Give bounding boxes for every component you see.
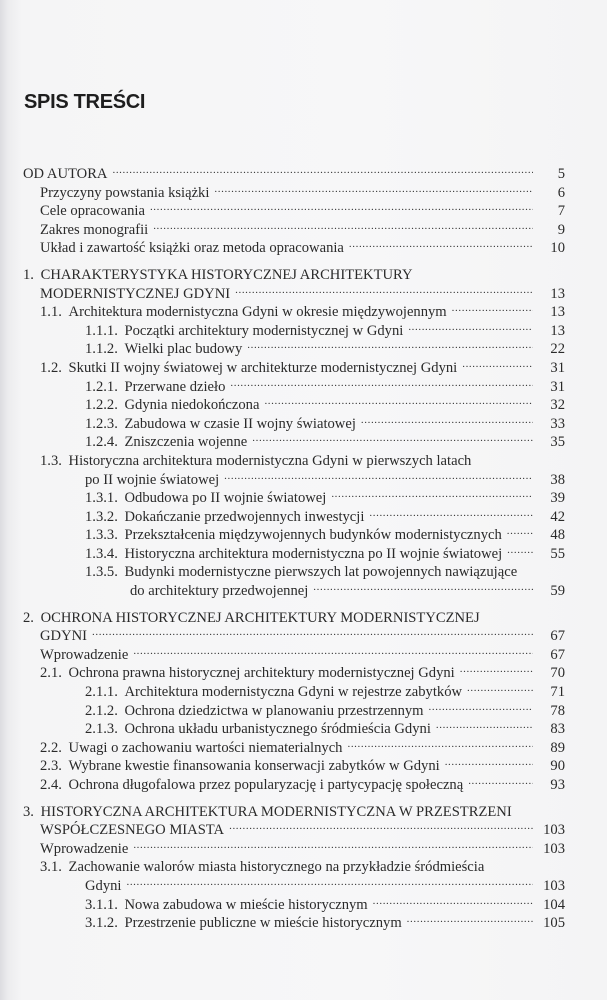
- toc-page-number: 31: [550, 359, 565, 378]
- toc-entry-number: 1.3.1.: [85, 490, 121, 506]
- dot-leader: ........................................…: [252, 429, 533, 448]
- dot-leader: ........................................…: [133, 642, 533, 661]
- toc-page-number: 71: [550, 683, 565, 702]
- page-title: SPIS TREŚCI: [24, 91, 145, 114]
- toc-entry-title: 1.1. Architektura modernistyczna Gdyni w…: [40, 303, 447, 322]
- dot-leader: ........................................…: [507, 541, 533, 560]
- toc-entry-number: 3.: [23, 804, 38, 820]
- toc-entry[interactable]: 2.4. Ochrona długofalowa przez popularyz…: [23, 776, 565, 795]
- toc-entry-title: Cele opracowania: [40, 202, 145, 221]
- toc-entry-number: 3.1.1.: [85, 897, 121, 913]
- toc-entry-title: 1.3.1. Odbudowa po II wojnie światowej: [85, 489, 326, 508]
- toc-page-number: 93: [550, 776, 565, 795]
- dot-leader: ........................................…: [247, 336, 533, 355]
- toc-page-number: 7: [558, 202, 565, 221]
- dot-leader: ........................................…: [214, 180, 533, 199]
- toc-page-number: 104: [543, 896, 565, 915]
- toc-entry-title: 2.1. Ochrona prawna historycznej archite…: [40, 664, 455, 683]
- dot-leader: ........................................…: [468, 772, 533, 791]
- dot-leader: ........................................…: [150, 198, 533, 217]
- toc-entry-title: 3.1.2. Przestrzenie publiczne w mieście …: [85, 914, 402, 933]
- toc-page-number: 5: [558, 165, 565, 184]
- toc-entry[interactable]: 1.3.4. Historyczna architektura modernis…: [23, 545, 565, 564]
- toc-page-number: 13: [550, 322, 565, 341]
- toc-entry-title: 1.2.1. Przerwane dzieło: [85, 378, 225, 397]
- table-of-contents: OD AUTORA...............................…: [23, 165, 565, 933]
- toc-entry-number: 2.: [23, 610, 38, 626]
- toc-page-number: 103: [543, 840, 565, 859]
- toc-entry[interactable]: Wprowadzenie............................…: [23, 840, 565, 859]
- toc-entry-number: 1.3.4.: [85, 546, 121, 562]
- toc-entry-title: 2.2. Uwagi o zachowaniu wartości niemate…: [40, 739, 342, 758]
- toc-page-number: 83: [550, 720, 565, 739]
- dot-leader: ........................................…: [313, 578, 533, 597]
- toc-page-number: 90: [550, 757, 565, 776]
- toc-page-number: 13: [550, 303, 565, 322]
- toc-page-number: 67: [550, 627, 565, 646]
- dot-leader: ........................................…: [467, 679, 533, 698]
- toc-page-number: 33: [550, 415, 565, 434]
- section-gap: [23, 601, 565, 609]
- toc-page-number: 103: [543, 821, 565, 840]
- dot-leader: ........................................…: [112, 161, 533, 180]
- toc-entry-number: 2.3.: [40, 758, 66, 774]
- dot-leader: ........................................…: [369, 504, 533, 523]
- toc-entry-number: 2.2.: [40, 740, 66, 756]
- toc-page-number: 10: [550, 239, 565, 258]
- toc-entry[interactable]: 1.3.3. Przekształcenia międzywojennych b…: [23, 526, 565, 545]
- toc-entry-number: 1.1.2.: [85, 341, 121, 357]
- dot-leader: ........................................…: [373, 892, 533, 911]
- toc-entry-title: OD AUTORA: [23, 165, 107, 184]
- dot-leader: ........................................…: [347, 735, 533, 754]
- toc-entry-number: 1.1.1.: [85, 323, 121, 339]
- toc-page-number: 67: [550, 646, 565, 665]
- toc-page-number: 31: [550, 378, 565, 397]
- toc-entry-number: 2.1.1.: [85, 684, 121, 700]
- toc-entry-title: 1.2.4. Zniszczenia wojenne: [85, 433, 247, 452]
- toc-entry[interactable]: 1.2.4. Zniszczenia wojenne..............…: [23, 433, 565, 452]
- toc-entry[interactable]: 1.3.2. Dokańczanie przedwojennych inwest…: [23, 508, 565, 527]
- dot-leader: ........................................…: [235, 281, 533, 300]
- toc-page-number: 22: [550, 340, 565, 359]
- dot-leader: ........................................…: [460, 660, 533, 679]
- toc-entry-number: 1.3.5.: [85, 564, 121, 580]
- toc-page-number: 9: [558, 221, 565, 240]
- toc-page-number: 55: [550, 545, 565, 564]
- toc-entry-number: 2.1.: [40, 665, 66, 681]
- toc-entry-number: 1.3.: [40, 453, 66, 469]
- dot-leader: ........................................…: [126, 873, 533, 892]
- dot-leader: ........................................…: [230, 374, 533, 393]
- dot-leader: ........................................…: [229, 817, 533, 836]
- section-gap: [23, 258, 565, 266]
- toc-entry-number: 1.2.1.: [85, 379, 121, 395]
- dot-leader: ........................................…: [507, 522, 533, 541]
- toc-page-number: 48: [550, 526, 565, 545]
- dot-leader: ........................................…: [264, 392, 533, 411]
- dot-leader: ........................................…: [462, 355, 533, 374]
- toc-entry[interactable]: 3.1.2. Przestrzenie publiczne w mieście …: [23, 914, 565, 933]
- toc-entry-title: 3.1.1. Nowa zabudowa w mieście historycz…: [85, 896, 368, 915]
- toc-page-number: 70: [550, 664, 565, 683]
- toc-entry-title: Gdyni: [85, 877, 121, 896]
- toc-entry-number: 1.1.: [40, 304, 66, 320]
- toc-entry-title: po II wojnie światowej: [85, 471, 219, 490]
- toc-entry-number: 2.1.3.: [85, 721, 121, 737]
- toc-entry-title: Wprowadzenie: [40, 840, 128, 859]
- toc-entry-title: 1.3.3. Przekształcenia międzywojennych b…: [85, 526, 502, 545]
- toc-entry-title: 2.1.2. Ochrona dziedzictwa w planowaniu …: [85, 702, 424, 721]
- toc-entry[interactable]: Układ i zawartość książki oraz metoda op…: [23, 239, 565, 258]
- toc-page-number: 42: [550, 508, 565, 527]
- toc-page-number: 39: [550, 489, 565, 508]
- toc-page-number: 6: [558, 184, 565, 203]
- toc-entry-number: 1.3.2.: [85, 509, 121, 525]
- dot-leader: ........................................…: [133, 836, 533, 855]
- toc-page-number: 89: [550, 739, 565, 758]
- toc-entry-title: GDYNI: [40, 627, 87, 646]
- toc-entry-title: Zakres monografii: [40, 221, 148, 240]
- dot-leader: ........................................…: [445, 753, 533, 772]
- toc-entry-number: 1.3.3.: [85, 527, 121, 543]
- toc-page-number: 103: [543, 877, 565, 896]
- toc-entry-number: 3.1.: [40, 859, 66, 875]
- dot-leader: ........................................…: [92, 623, 533, 642]
- toc-page-number: 35: [550, 433, 565, 452]
- dot-leader: ........................................…: [349, 235, 533, 254]
- toc-entry-number: 1.: [23, 267, 38, 283]
- dot-leader: ........................................…: [407, 910, 533, 929]
- toc-entry-number: 2.1.2.: [85, 703, 121, 719]
- dot-leader: ........................................…: [452, 299, 533, 318]
- toc-entry-title: MODERNISTYCZNEJ GDYNI: [40, 285, 230, 304]
- dot-leader: ........................................…: [153, 217, 533, 236]
- toc-entry-title: 2.3. Wybrane kwestie finansowania konser…: [40, 757, 440, 776]
- toc-entry[interactable]: do architektury przedwojennej...........…: [23, 582, 565, 601]
- toc-page-number: 38: [550, 471, 565, 490]
- toc-entry-number: 3.1.2.: [85, 915, 121, 931]
- toc-entry-number: 1.2.3.: [85, 416, 121, 432]
- toc-entry-title: Układ i zawartość książki oraz metoda op…: [40, 239, 344, 258]
- dot-leader: ........................................…: [361, 411, 533, 430]
- toc-entry-title: 1.2.2. Gdynia niedokończona: [85, 396, 259, 415]
- toc-page-number: 78: [550, 702, 565, 721]
- toc-entry-number: 1.2.4.: [85, 434, 121, 450]
- dot-leader: ........................................…: [429, 698, 533, 717]
- dot-leader: ........................................…: [408, 318, 533, 337]
- toc-entry-title: 2.1.1. Architektura modernistyczna Gdyni…: [85, 683, 462, 702]
- toc-entry-title: 1.1.2. Wielki plac budowy: [85, 340, 242, 359]
- toc-entry-title: 2.4. Ochrona długofalowa przez popularyz…: [40, 776, 463, 795]
- toc-entry-title: 1.3.4. Historyczna architektura modernis…: [85, 545, 502, 564]
- toc-page-number: 13: [550, 285, 565, 304]
- dot-leader: ........................................…: [224, 467, 533, 486]
- toc-page-number: 105: [543, 914, 565, 933]
- dot-leader: ........................................…: [331, 485, 533, 504]
- toc-entry-title: Wprowadzenie: [40, 646, 128, 665]
- section-gap: [23, 795, 565, 803]
- toc-page-number: 32: [550, 396, 565, 415]
- toc-page-number: 59: [550, 582, 565, 601]
- toc-entry-title: do architektury przedwojennej: [130, 582, 308, 601]
- toc-entry-number: 1.2.2.: [85, 397, 121, 413]
- toc-entry-number: 1.2.: [40, 360, 66, 376]
- toc-entry-title: 1.3.2. Dokańczanie przedwojennych inwest…: [85, 508, 364, 527]
- dot-leader: ........................................…: [436, 716, 533, 735]
- toc-entry-number: 2.4.: [40, 777, 66, 793]
